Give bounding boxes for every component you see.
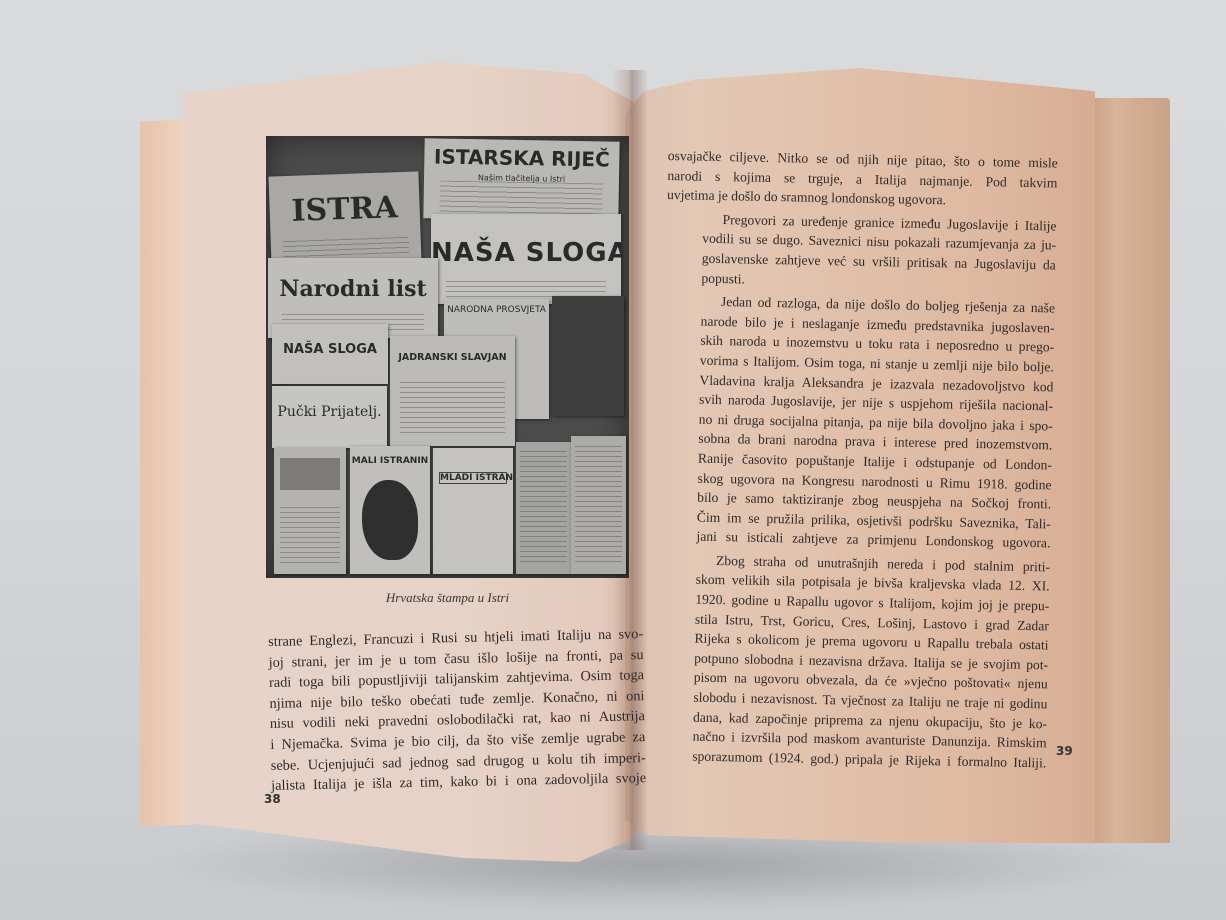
- paragraph: Jedan od razloga, da nije došlo do bolje…: [660, 291, 1055, 553]
- magazine-illustrated: [274, 448, 346, 574]
- newspaper-dark: [552, 296, 624, 416]
- paragraph: Zbog straha od unutrašnjih nereda i pod …: [656, 550, 1050, 773]
- page-number-left: 38: [264, 792, 281, 806]
- newspaper-istra: ISTRA: [268, 171, 421, 266]
- page-number-right: 39: [1056, 744, 1073, 758]
- newspaper-photo: ISTARSKA RIJEČ Našim tlačitelja u Istri …: [266, 136, 629, 578]
- paragraph: Pregovori za uređenje granice između Jug…: [665, 209, 1056, 295]
- left-page-body: strane Englezi, Francuzi i Rusi su htjel…: [268, 624, 646, 797]
- newspaper-page-a: [516, 442, 571, 574]
- newspaper-page-b: [571, 436, 626, 574]
- right-page-body: osvajačke ciljeve. Nitko se od njih nije…: [656, 146, 1058, 773]
- newspaper-istarska-rijec: ISTARSKA RIJEČ Našim tlačitelja u Istri: [423, 138, 619, 221]
- newspaper-jadranski-slavjan: JADRANSKI SLAVJAN: [390, 336, 515, 446]
- magazine-mali-istranin: MALI ISTRANIN: [350, 446, 430, 574]
- magazine-mladi-istran: MLADI ISTRAN: [433, 448, 513, 574]
- newspaper-pucki-prijatelj: Pučki Prijatelj.: [272, 386, 387, 448]
- newspaper-nasa-sloga-small: NAŠA SLOGA: [272, 324, 388, 384]
- newspaper-nasa-sloga-large: NAŠA SLOGA: [431, 214, 621, 304]
- paragraph: osvajačke ciljeve. Nitko se od njih nije…: [667, 146, 1058, 212]
- figure-caption: Hrvatska štampa u Istri: [266, 590, 629, 606]
